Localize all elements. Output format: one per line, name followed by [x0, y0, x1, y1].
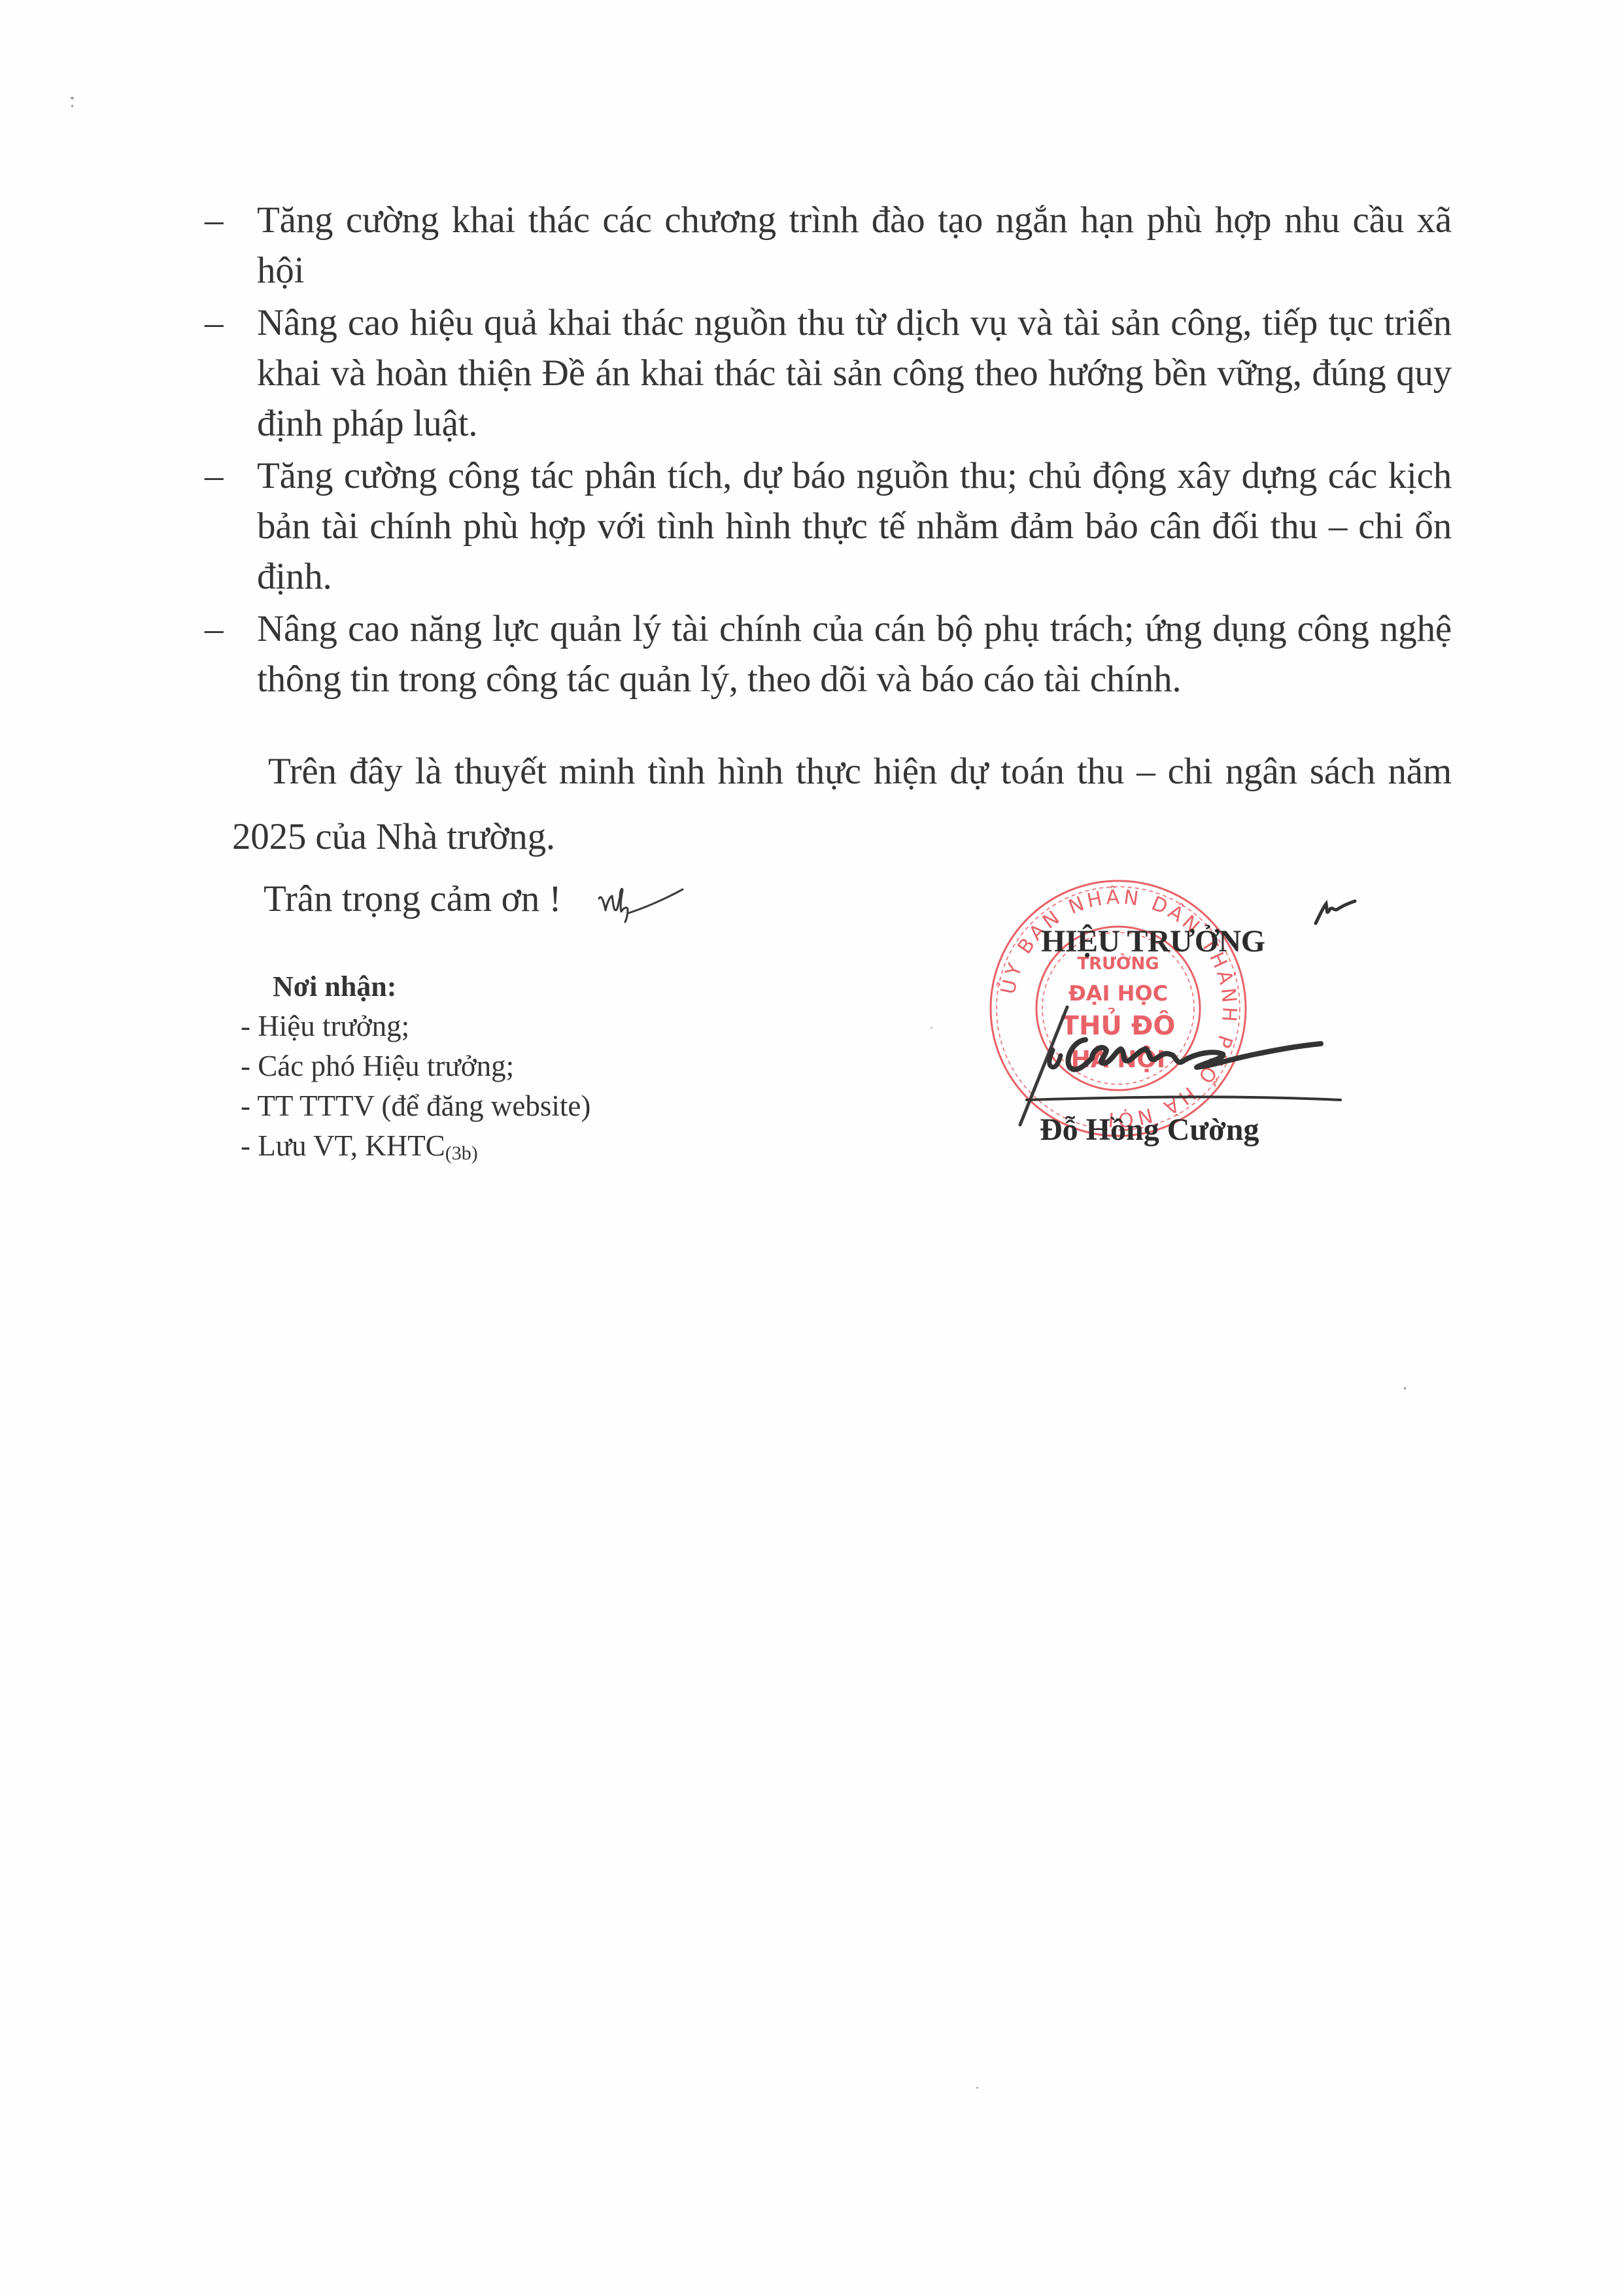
- thanks-line: Trân trọng cảm ơn !: [264, 873, 561, 925]
- list-item-text: Tăng cường khai thác các chương trình đà…: [257, 195, 1452, 296]
- recipients-title: Nơi nhận:: [241, 967, 590, 1006]
- recipient-item: - TT TTTV (để đăng website): [241, 1086, 590, 1126]
- scan-speck: [71, 105, 73, 107]
- handwritten-initial-icon: [596, 884, 685, 927]
- measures-list: – Tăng cường khai thác các chương trình …: [205, 195, 1452, 706]
- scan-speck: [71, 97, 74, 99]
- dash-bullet-icon: –: [205, 451, 244, 501]
- scan-speck: [931, 1027, 932, 1029]
- list-item: – Tăng cường công tác phân tích, dự báo …: [205, 451, 1452, 602]
- document-page: – Tăng cường khai thác các chương trình …: [0, 0, 1623, 2296]
- dash-bullet-icon: –: [205, 195, 244, 245]
- signatory-name: Đỗ Hồng Cường: [1040, 1110, 1259, 1150]
- dash-bullet-icon: –: [205, 298, 244, 348]
- recipient-text: - Các phó Hiệu trưởng;: [241, 1050, 514, 1082]
- recipient-item: - Hiệu trưởng;: [241, 1006, 590, 1046]
- recipient-item: - Các phó Hiệu trưởng;: [241, 1046, 590, 1086]
- list-item: – Nâng cao hiệu quả khai thác nguồn thu …: [205, 298, 1452, 449]
- recipients-block: Nơi nhận: - Hiệu trưởng; - Các phó Hiệu …: [241, 967, 590, 1173]
- recipient-copies: (3b): [445, 1142, 478, 1164]
- recipient-item: - Lưu VT, KHTC(3b): [241, 1126, 590, 1173]
- closing-paragraph: Trên đây là thuyết minh tình hình thực h…: [232, 739, 1452, 870]
- list-item-text: Nâng cao năng lực quản lý tài chính của …: [257, 604, 1452, 704]
- scan-speck: [1404, 1387, 1406, 1390]
- list-item: – Tăng cường khai thác các chương trình …: [205, 195, 1452, 296]
- dash-bullet-icon: –: [205, 604, 244, 654]
- list-item-text: Nâng cao hiệu quả khai thác nguồn thu từ…: [257, 298, 1452, 449]
- recipient-text: - Lưu VT, KHTC: [241, 1129, 445, 1162]
- recipient-text: - TT TTTV (để đăng website): [241, 1089, 590, 1122]
- list-item-text: Tăng cường công tác phân tích, dự báo ng…: [257, 451, 1452, 602]
- scan-speck: [976, 2087, 978, 2089]
- list-item: – Nâng cao năng lực quản lý tài chính củ…: [205, 604, 1452, 704]
- recipient-text: - Hiệu trưởng;: [241, 1010, 409, 1042]
